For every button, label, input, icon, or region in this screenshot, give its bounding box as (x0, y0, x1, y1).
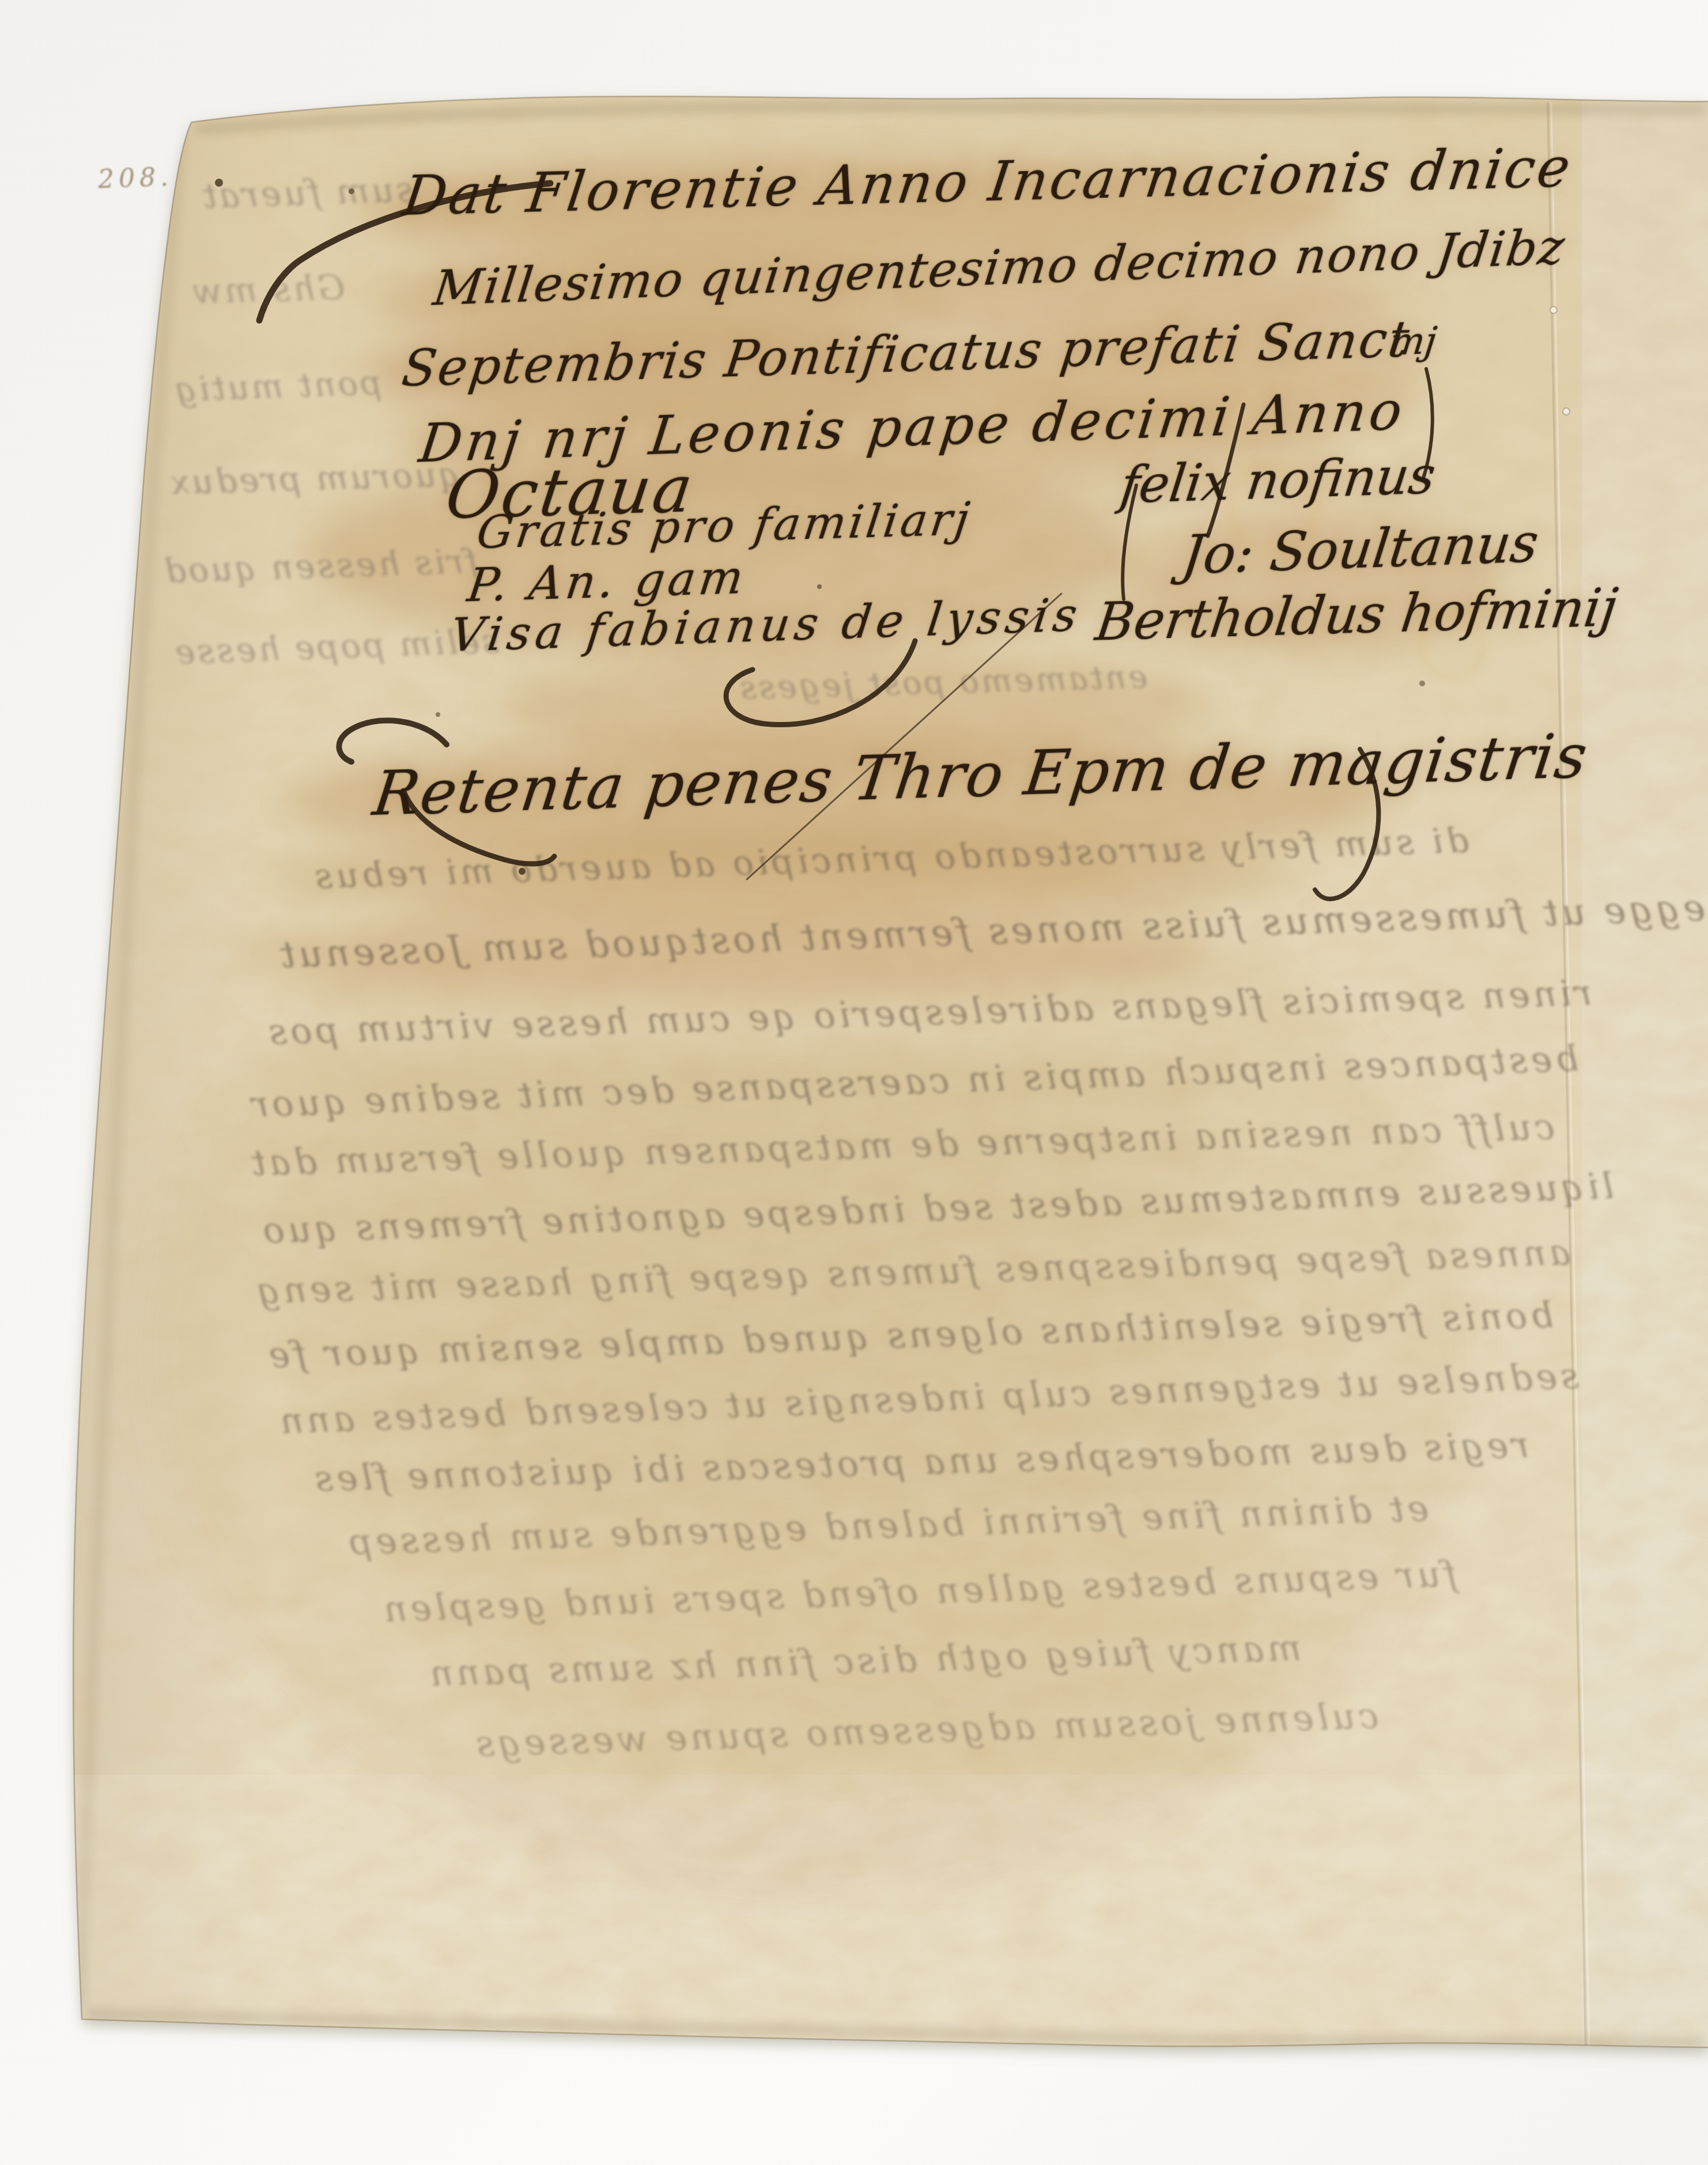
flourish-r-loop (339, 720, 447, 762)
flourish-r-tail (403, 791, 554, 864)
flourish-d-swash (259, 183, 550, 320)
flourish-visa-paraph (726, 641, 915, 725)
flourish-anno-slash (1208, 405, 1244, 536)
flourish-felix-descender (1123, 485, 1136, 599)
flourish-layer (0, 0, 1708, 2165)
flourish-mj-descender (1423, 369, 1433, 478)
flourish-hairline-slip (747, 594, 1061, 879)
scanner-bed: sum fuerat Ghs mw pont mutig quorum pred… (0, 0, 1708, 2165)
flourish-magistris-tail (1315, 749, 1378, 899)
